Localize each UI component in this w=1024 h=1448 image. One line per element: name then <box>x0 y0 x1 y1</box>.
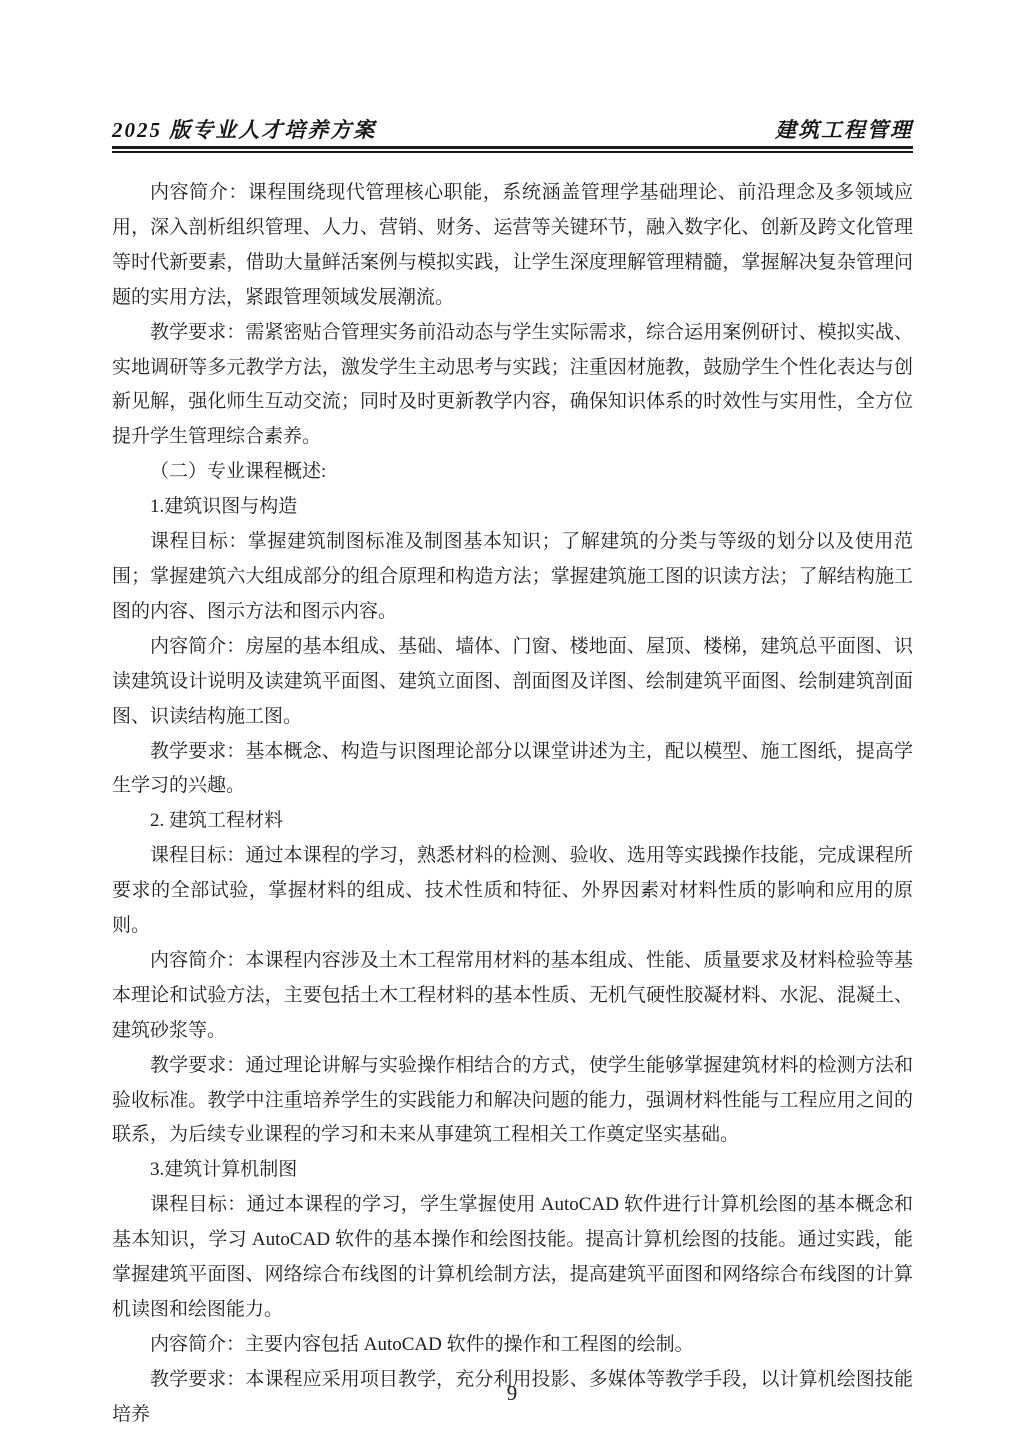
paragraph-course2-objectives: 课程目标：通过本课程的学习，熟悉材料的检测、验收、选用等实践操作技能，完成课程所… <box>112 839 913 944</box>
paragraph-course1-requirements: 教学要求：基本概念、构造与识图理论部分以课堂讲述为主，配以模型、施工图纸，提高学… <box>112 735 913 805</box>
paragraph-course1-intro: 内容简介：房屋的基本组成、基础、墙体、门窗、楼地面、屋顶、楼梯，建筑总平面图、识… <box>112 630 913 735</box>
document-page: 2025 版专业人才培养方案 建筑工程管理 内容简介：课程围绕现代管理核心职能，… <box>0 0 1024 1448</box>
course-title-2: 2. 建筑工程材料 <box>112 804 913 839</box>
paragraph-course3-objectives: 课程目标：通过本课程的学习，学生掌握使用 AutoCAD 软件进行计算机绘图的基… <box>112 1188 913 1328</box>
document-body: 内容简介：课程围绕现代管理核心职能，系统涵盖管理学基础理论、前沿理念及多领域应用… <box>112 176 913 1433</box>
paragraph-teaching-requirements: 教学要求：需紧密贴合管理实务前沿动态与学生实际需求，综合运用案例研讨、模拟实战、… <box>112 316 913 456</box>
header-left-title: 2025 版专业人才培养方案 <box>112 114 376 144</box>
course-title-3: 3.建筑计算机制图 <box>112 1153 913 1188</box>
paragraph-course-intro: 内容简介：课程围绕现代管理核心职能，系统涵盖管理学基础理论、前沿理念及多领域应用… <box>112 176 913 316</box>
header-rule <box>112 146 913 153</box>
course-title-1: 1.建筑识图与构造 <box>112 490 913 525</box>
page-number: 9 <box>0 1381 1024 1406</box>
page-header: 2025 版专业人才培养方案 建筑工程管理 <box>112 112 913 144</box>
paragraph-course1-objectives: 课程目标：掌握建筑制图标准及制图基本知识；了解建筑的分类与等级的划分以及使用范围… <box>112 525 913 630</box>
paragraph-course2-requirements: 教学要求：通过理论讲解与实验操作相结合的方式，使学生能够掌握建筑材料的检测方法和… <box>112 1049 913 1154</box>
paragraph-course3-intro: 内容简介：主要内容包括 AutoCAD 软件的操作和工程图的绘制。 <box>112 1328 913 1363</box>
section-heading-professional-courses: （二）专业课程概述: <box>112 455 913 490</box>
header-right-title: 建筑工程管理 <box>775 114 913 144</box>
paragraph-course2-intro: 内容简介：本课程内容涉及土木工程常用材料的基本组成、性能、质量要求及材料检验等基… <box>112 944 913 1049</box>
